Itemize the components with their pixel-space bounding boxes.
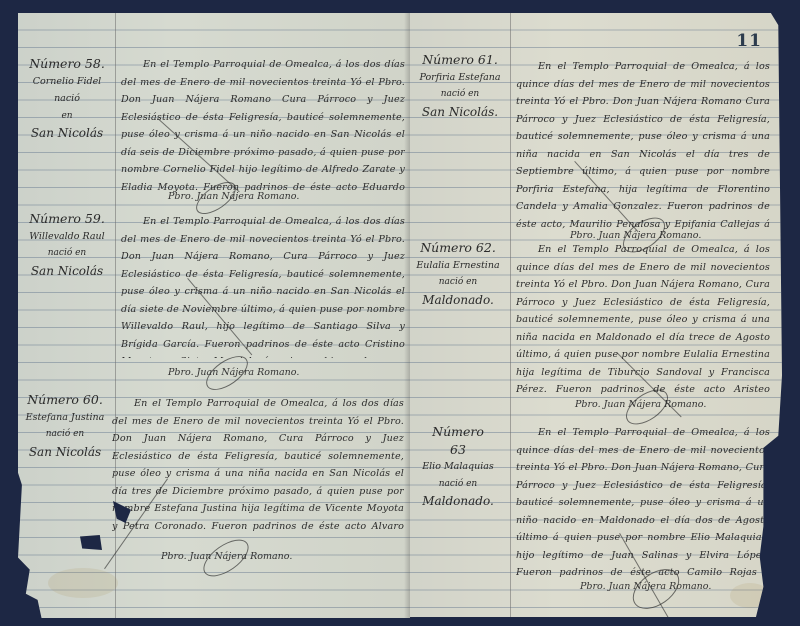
entry-63-text: En el Templo Parroquial de Omealca, á lo… <box>516 424 770 579</box>
entry-62-text: En el Templo Parroquial de Omealca, á lo… <box>516 241 770 401</box>
baptized-name: Cornelio Fidel nació <box>21 73 113 108</box>
birth-place: San Nicolás. <box>414 104 506 122</box>
entry-59-text: En el Templo Parroquial de Omealca, á lo… <box>121 213 405 358</box>
entry-62-heading: Número 62. Eulalia Ernestina nació en Ma… <box>412 239 504 309</box>
paper-stain <box>730 583 770 608</box>
entry-63-heading: Número 63 Elio Malaquias nació en Maldon… <box>412 423 504 511</box>
paper-stain <box>48 568 118 598</box>
baptized-name: Eulalia Ernestina <box>412 257 504 275</box>
entry-58-text: En el Templo Parroquial de Omealca, á lo… <box>121 56 405 196</box>
entry-number: Número 59. <box>21 210 113 228</box>
entry-58-heading: Número 58. Cornelio Fidel nació en San N… <box>21 55 113 143</box>
birth-place: Maldonado. <box>412 493 504 511</box>
right-page: 11 Número 61. Porfiria Estefana nació en… <box>410 13 782 617</box>
register-book: Número 58. Cornelio Fidel nació en San N… <box>0 0 800 626</box>
left-page: Número 58. Cornelio Fidel nació en San N… <box>18 13 410 618</box>
baptized-name: Willevaldo Raul <box>21 228 113 246</box>
entry-number: Número 61. <box>414 51 506 69</box>
born-label: nació en <box>412 274 504 292</box>
page-number: 11 <box>736 31 762 51</box>
torn-hole <box>80 535 102 550</box>
entry-59-heading: Número 59. Willevaldo Raul nació en San … <box>21 210 113 280</box>
baptized-name: Elio Malaquias <box>412 458 504 476</box>
born-label: nació en <box>21 245 113 263</box>
born-label: nació en <box>19 426 111 444</box>
entry-number-value: 63 <box>412 441 504 459</box>
entry-61-heading: Número 61. Porfiria Estefana nació en Sa… <box>414 51 506 121</box>
entry-60-heading: Número 60. Estefana Justina nació en San… <box>19 391 111 461</box>
entry-60-text: En el Templo Parroquial de Omealca, á lo… <box>112 395 404 535</box>
entry-number: Número 62. <box>412 239 504 257</box>
birth-place: San Nicolás <box>21 125 113 143</box>
margin-rule <box>510 13 511 617</box>
entry-61-text: En el Templo Parroquial de Omealca, á lo… <box>516 58 770 233</box>
birth-place: Maldonado. <box>412 292 504 310</box>
birth-place: San Nicolás <box>21 263 113 281</box>
born-label: en <box>21 108 113 126</box>
born-label: nació en <box>414 86 506 104</box>
entry-number: Número 60. <box>19 391 111 409</box>
baptized-name: Porfiria Estefana <box>414 69 506 87</box>
born-label: nació en <box>412 476 504 494</box>
entry-number: Número 58. <box>21 55 113 73</box>
entry-number: Número <box>412 423 504 441</box>
birth-place: San Nicolás <box>19 444 111 462</box>
baptized-name: Estefana Justina <box>19 409 111 427</box>
